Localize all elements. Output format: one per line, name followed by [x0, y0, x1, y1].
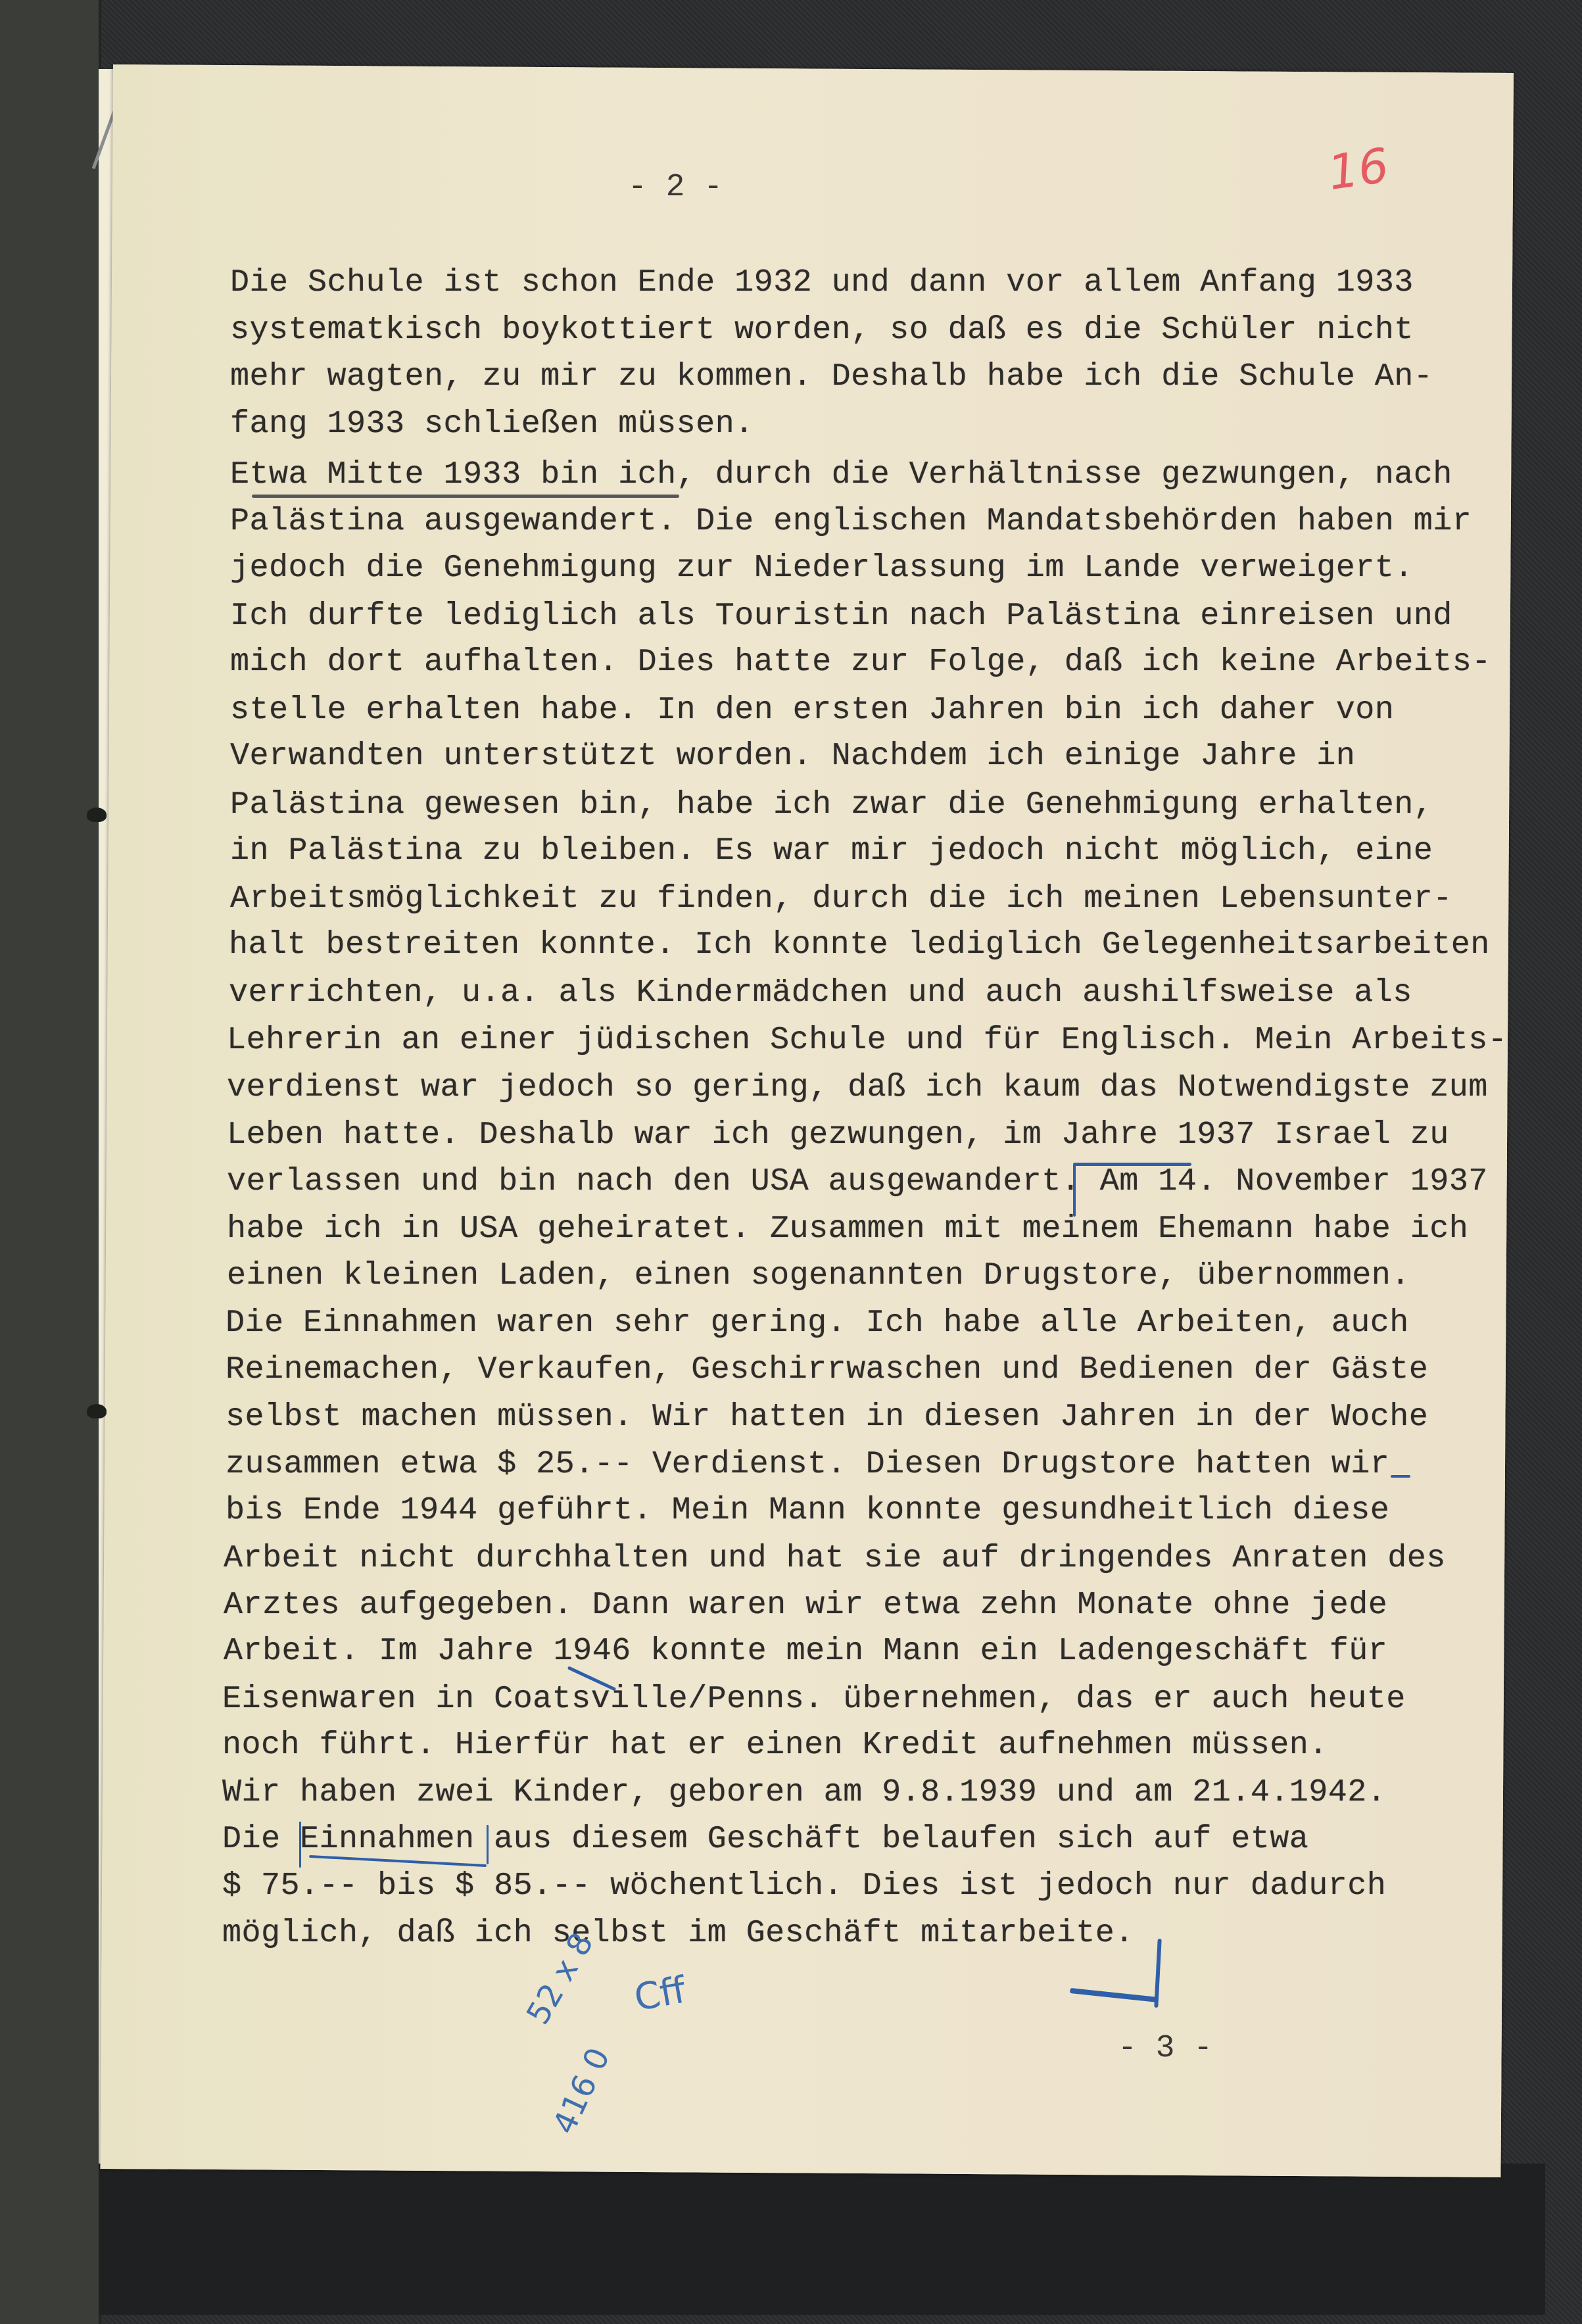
typed-line: Wir haben zwei Kinder, geboren am 9.8.19… — [222, 1773, 1386, 1812]
typed-line: Palästina gewesen bin, habe ich zwar die… — [230, 785, 1433, 825]
typed-line: Leben hatte. Deshalb war ich gezwungen, … — [227, 1115, 1449, 1155]
typed-line: habe ich in USA geheiratet. Zusammen mit… — [227, 1209, 1468, 1249]
blue-bracket-right — [487, 1825, 489, 1864]
typed-line: jedoch die Genehmigung zur Niederlassung… — [230, 548, 1414, 588]
punch-hole-bottom — [87, 1404, 107, 1418]
typed-line: verrichten, u.a. als Kindermädchen und a… — [229, 973, 1412, 1013]
typed-line: stelle erhalten habe. In den ersten Jahr… — [230, 690, 1394, 730]
typed-line: systematkisch boykottiert worden, so daß… — [230, 310, 1414, 350]
page-number-bottom: - 3 - — [1118, 2031, 1212, 2066]
typed-line: Lehrerin an einer jüdischen Schule und f… — [227, 1021, 1507, 1060]
handwritten-initials: Cff — [631, 1969, 689, 2020]
typed-line: Verwandten unterstützt worden. Nachdem i… — [230, 737, 1355, 776]
typed-line: in Palästina zu bleiben. Es war mir jedo… — [230, 831, 1433, 871]
typed-line: Arbeitsmöglichkeit zu finden, durch die … — [230, 879, 1452, 919]
typed-line: mehr wagten, zu mir zu kommen. Deshalb h… — [230, 357, 1433, 397]
typed-line: noch führt. Hierfür hat er einen Kredit … — [222, 1726, 1328, 1765]
pencil-underline — [252, 495, 679, 498]
blue-margin-dash — [1391, 1475, 1410, 1478]
typed-line: Etwa Mitte 1933 bin ich, durch die Verhä… — [230, 455, 1452, 495]
punch-hole-top — [87, 808, 107, 822]
binder-strip — [0, 0, 101, 2324]
typed-line: fang 1933 schließen müssen. — [230, 404, 754, 444]
typed-line: Palästina ausgewandert. Die englischen M… — [230, 502, 1472, 541]
folio-number: 16 — [1325, 137, 1392, 201]
typed-line: Arbeit. Im Jahre 1946 konnte mein Mann e… — [224, 1632, 1387, 1671]
typed-line: $ 75.-- bis $ 85.-- wöchentlich. Dies is… — [222, 1866, 1386, 1906]
typed-line: möglich, daß ich selbst im Geschäft mita… — [222, 1914, 1134, 1953]
typed-line: Reinemachen, Verkaufen, Geschirrwaschen … — [226, 1350, 1428, 1390]
typed-line: verlassen und bin nach den USA ausgewand… — [227, 1162, 1488, 1201]
typed-line: Die Einnahmen aus diesem Geschäft belauf… — [222, 1820, 1308, 1859]
blue-bracket-left — [299, 1822, 301, 1868]
typed-line: mich dort aufhalten. Dies hatte zur Folg… — [230, 642, 1491, 682]
typed-line: halt bestreiten konnte. Ich konnte ledig… — [229, 925, 1490, 965]
typed-line: einen kleinen Laden, einen sogenannten D… — [227, 1256, 1410, 1295]
typed-line: verdienst war jedoch so gering, daß ich … — [227, 1068, 1488, 1107]
typed-line: Die Schule ist schon Ende 1932 und dann … — [230, 263, 1414, 303]
typed-line: Ich durfte lediglich als Touristin nach … — [230, 596, 1452, 636]
typed-line: Eisenwaren in Coatsville/Penns. übernehm… — [222, 1680, 1406, 1719]
folder-interior — [99, 2164, 1545, 2315]
typed-line: selbst machen müssen. Wir hatten in dies… — [226, 1397, 1428, 1437]
page-number-top: - 2 - — [628, 170, 723, 205]
blue-bracket-mark — [1073, 1164, 1076, 1217]
typed-line: Die Einnahmen waren sehr gering. Ich hab… — [226, 1303, 1409, 1343]
typed-line: Arbeit nicht durchhalten und hat sie auf… — [224, 1539, 1446, 1578]
typed-line: bis Ende 1944 geführt. Mein Mann konnte … — [226, 1491, 1389, 1530]
typed-line: Arztes aufgegeben. Dann waren wir etwa z… — [224, 1586, 1387, 1625]
blue-bracket-top — [1073, 1163, 1191, 1166]
typed-line: zusammen etwa $ 25.-- Verdienst. Diesen … — [226, 1445, 1389, 1484]
